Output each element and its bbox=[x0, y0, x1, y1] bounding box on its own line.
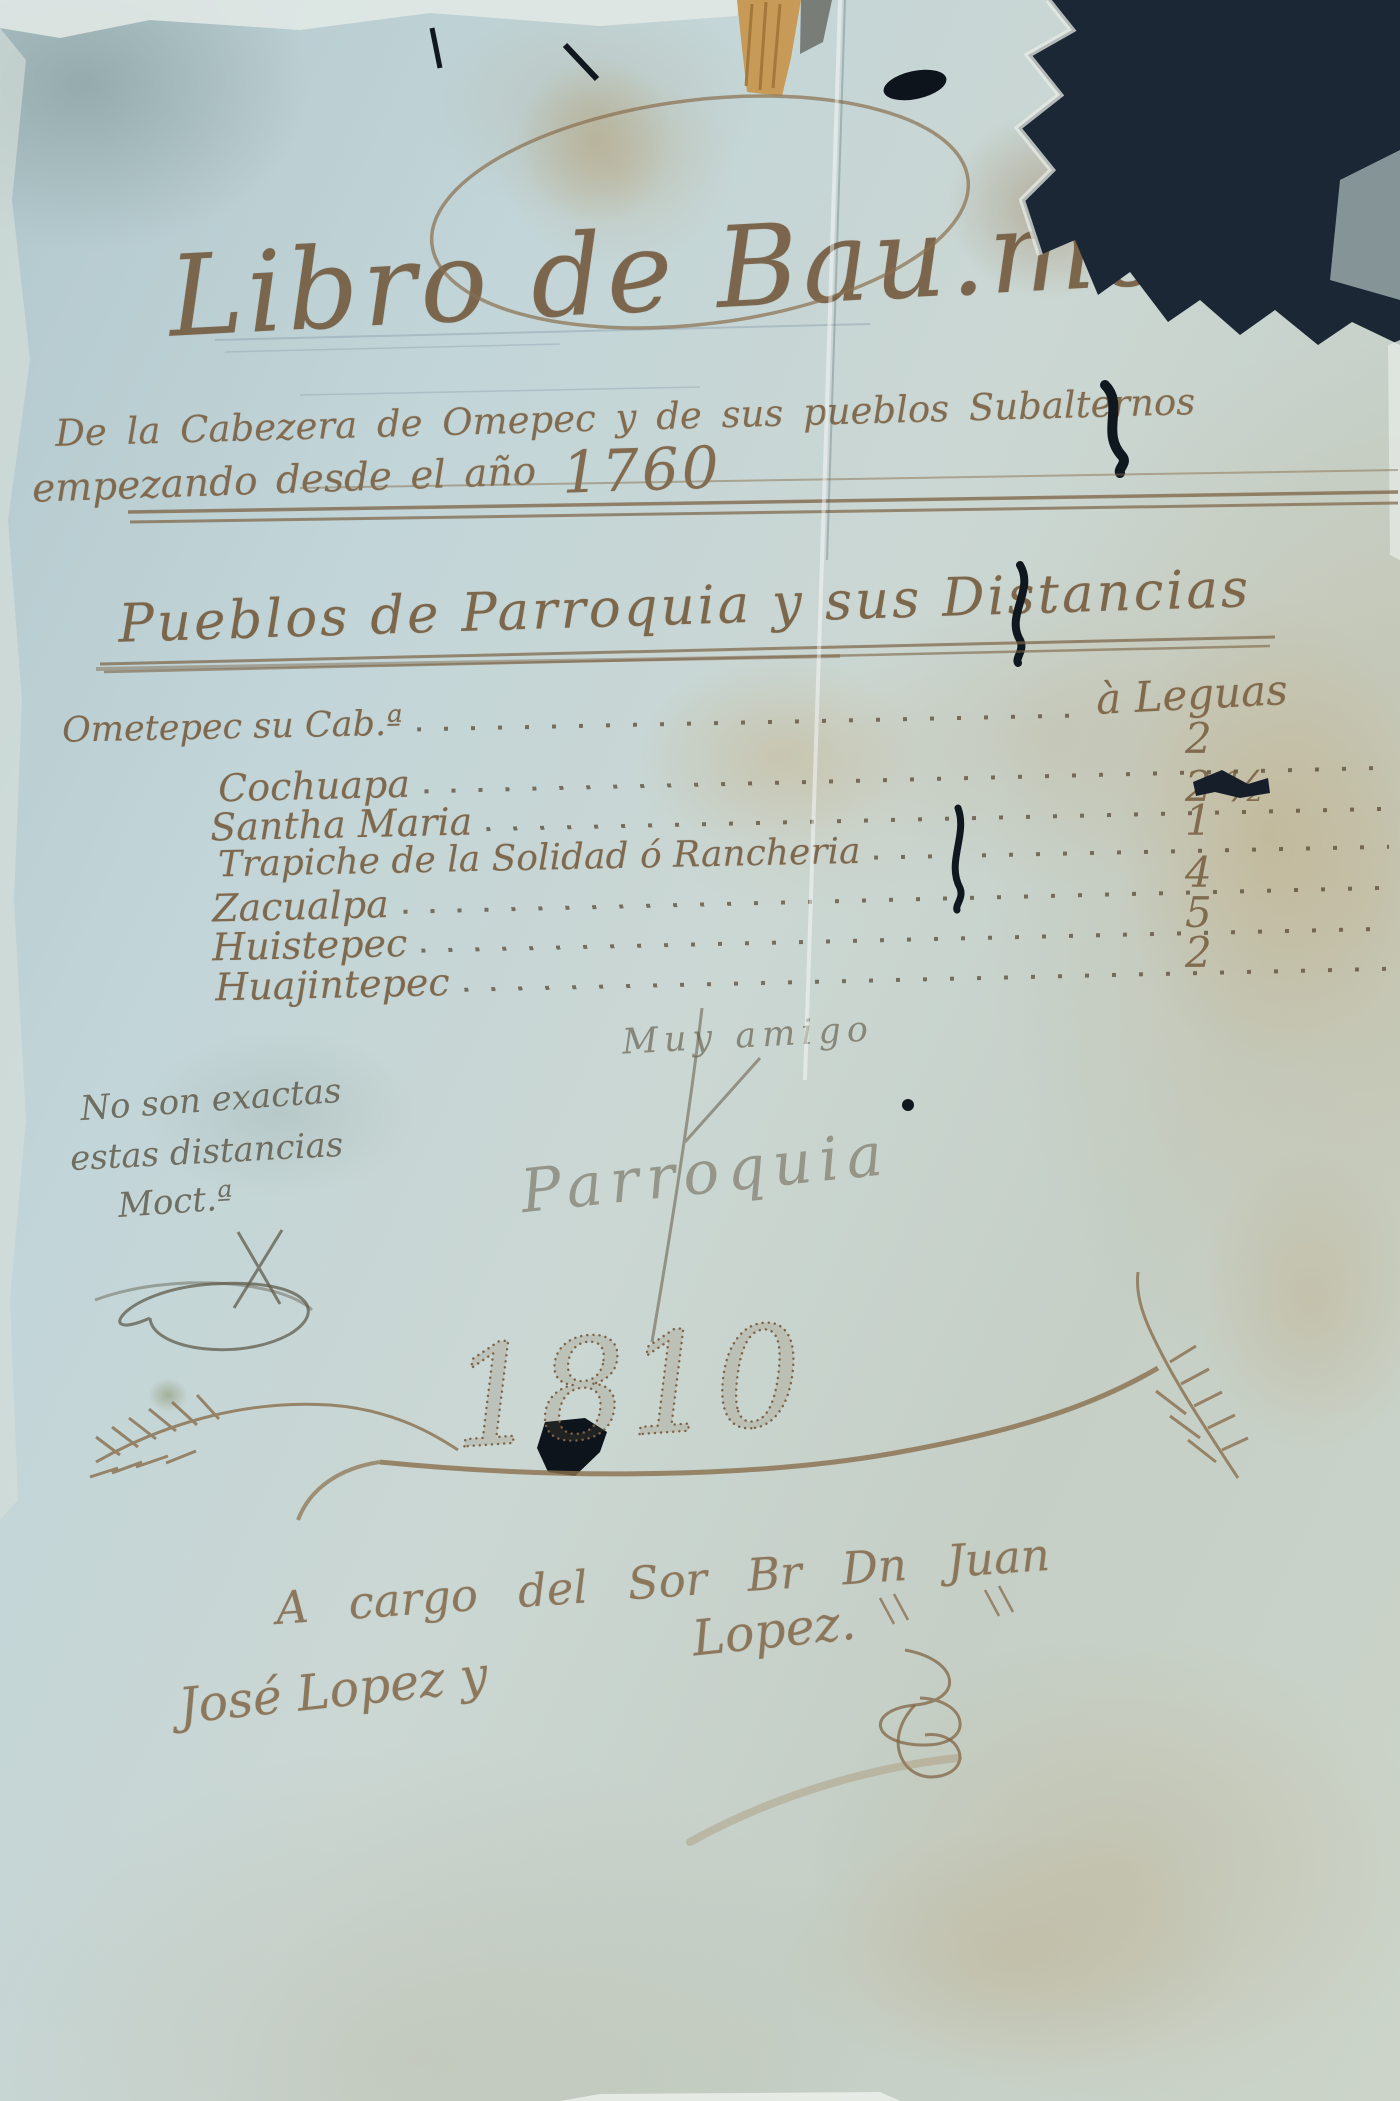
leguas-value: 2 bbox=[1185, 928, 1275, 977]
pueblo-name: Huajintepec bbox=[215, 960, 450, 1009]
leguas-value: 2 bbox=[1185, 714, 1275, 763]
leguas-value: 1 bbox=[1185, 796, 1275, 845]
subtitle-year: 1760 bbox=[561, 433, 723, 507]
manuscript-photo: { "colors": { "ink_brown": "#7a5f41", "p… bbox=[0, 0, 1400, 2101]
dotted-leader bbox=[417, 713, 1086, 731]
dotted-leader bbox=[875, 845, 1390, 860]
margin-note-signature: Moct.ª bbox=[117, 1178, 234, 1226]
pueblo-name: Ometepec su Cab.ª bbox=[62, 704, 403, 751]
